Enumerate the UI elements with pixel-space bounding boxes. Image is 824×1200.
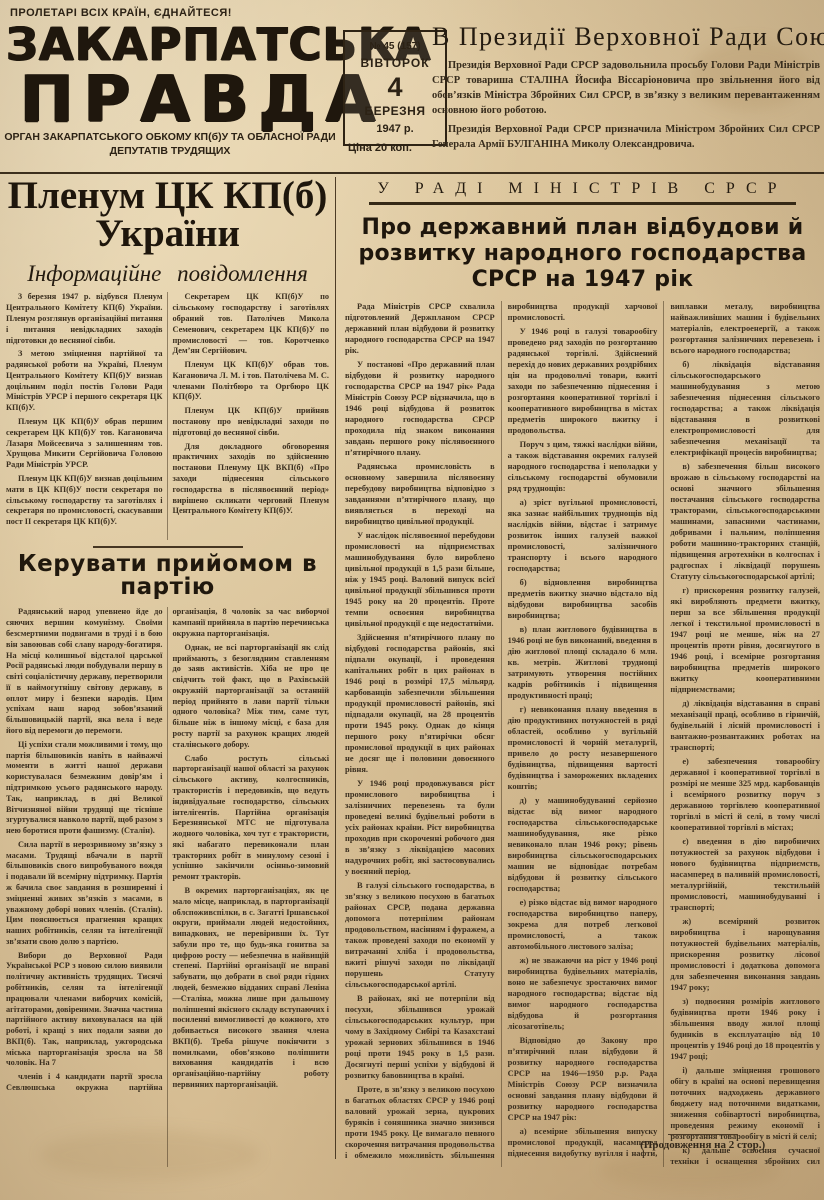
paragraph: В окремих парторганізаціях, як це мало м…	[173, 886, 330, 1091]
paragraph: в) план житлового будівництва в 1946 роц…	[508, 624, 658, 701]
continuation-note: (Продовження на 2 стор.)	[588, 1134, 818, 1153]
paragraph: г) прискорення розвитку галузей, які вир…	[670, 585, 820, 695]
paragraph: Пленум ЦК КП(б)У обрав першим секретарем…	[6, 417, 163, 471]
right-section: У РАДІ МІНІСТРІВ СРСР Про державний план…	[336, 177, 820, 1159]
paragraph: Радянська промисловість в основному заве…	[345, 461, 495, 527]
continuation-label: (Продовження на 2 стор.)	[640, 1139, 765, 1151]
ministers-kicker: У РАДІ МІНІСТРІВ СРСР	[369, 180, 795, 205]
paragraph: Вибори до Верховної Ради Української РСР…	[6, 951, 163, 1070]
paragraph: Здійснення п’ятирічного плану по відбудо…	[345, 632, 495, 775]
issue-month: БЕРЕЗНЯ	[349, 102, 441, 121]
issue-number: № 45 (157)	[349, 39, 441, 54]
paragraph: У наслідок післявоєнної перебудови проми…	[345, 530, 495, 629]
paragraph: е) забезпечення товарообігу державної і …	[670, 756, 820, 833]
plenum-headline: Пленум ЦК КП(б) України	[6, 177, 329, 253]
paragraph: У 1946 році в галузі товарообігу проведе…	[508, 326, 658, 436]
issue-weekday: ВІВТОРОК	[349, 54, 441, 73]
paragraph: ж) не зважаючи на ріст у 1946 році вироб…	[508, 955, 658, 1032]
plenum-headline-line1: Пленум ЦК КП(б)	[8, 174, 328, 217]
paragraph: Рада Міністрів СРСР схвалила підготовлен…	[345, 301, 495, 356]
masthead-subtitle: ОРГАН ЗАКАРПАТСЬКОГО ОБКОМУ КП(б)У ТА ОБ…	[2, 131, 338, 158]
continuation-rule	[668, 1134, 738, 1135]
paragraph: 3 березня 1947 р. відбувся Пленум Центра…	[6, 292, 163, 346]
paragraph: Сила партії в нерозривному зв’язку з мас…	[6, 840, 163, 948]
plenum-headline-line2: України	[95, 212, 240, 255]
ministers-headline: Про державний план відбудови й розвитку …	[345, 215, 820, 293]
ministers-columns: Рада Міністрів СРСР схвалила підготовлен…	[345, 301, 820, 1167]
paragraph: а) зріст вугільної промисловості, яка за…	[508, 497, 658, 574]
paragraph: В районах, які не потерпіли від посухи, …	[345, 993, 495, 1081]
left-section: Пленум ЦК КП(б) України Інформаційне пов…	[6, 177, 336, 1159]
paragraph: Пленум ЦК КП(б)У визнав доцільним мати в…	[6, 474, 163, 528]
paragraph: є) введення в дію виробничих потужностей…	[670, 836, 820, 913]
paragraph: Слабо ростуть сільські парторганізації н…	[173, 754, 330, 883]
presidium-headline: В Президії Верховної Ради Союзу РСР	[432, 24, 820, 50]
issue-year: 1947 р.	[349, 121, 441, 139]
paragraph: б) відновлення виробництва предметів вжи…	[508, 577, 658, 621]
paragraph: Президія Верховної Ради СРСР задовольнил…	[432, 59, 820, 119]
paragraph: З метою зміцнення партійної та радянсько…	[6, 349, 163, 414]
party-columns: Радянський народ упевнено йде до сяючих …	[6, 607, 329, 1167]
paragraph: д) у машинобудуванні серйозно відстає ві…	[508, 795, 658, 894]
paragraph: б) ліквідація відставання сільськогоспод…	[670, 359, 820, 458]
paragraph: Для докладного обговорення практичних за…	[173, 442, 330, 517]
newspaper-page: ПРОЛЕТАРІ ВСІХ КРАЇН, ЄДНАЙТЕСЯ! ЗАКАРПА…	[0, 0, 824, 1200]
issue-day: 4	[349, 73, 441, 101]
paragraph: д) ліквідація відставання в справі механ…	[670, 698, 820, 753]
masthead-title-line1: ЗАКАРПАТСЬКА	[6, 22, 340, 67]
plenum-columns: 3 березня 1947 р. відбувся Пленум Центра…	[6, 292, 329, 540]
plenum-subhead: Інформаційне повідомлення	[6, 262, 329, 285]
presidium-body: Президія Верховної Ради СРСР задовольнил…	[432, 59, 820, 152]
paragraph: Відповідно до Закону про п’ятирічний пла…	[508, 1035, 658, 1123]
paragraph: Поруч з цим, тяжкі наслідки війни, а так…	[508, 439, 658, 494]
paragraph: Ці успіхи стали можливими і тому, що пар…	[6, 740, 163, 837]
party-headline: Керувати прийомом в партію	[6, 553, 329, 599]
section-rule	[93, 546, 243, 548]
presidium-article: В Президії Верховної Ради Союзу РСР През…	[432, 24, 820, 156]
paragraph: Президія Верховної Ради СРСР призначила …	[432, 123, 820, 153]
paragraph: У постанові «Про державний план відбудов…	[345, 359, 495, 458]
paragraph: У 1946 році продовжувався ріст промислов…	[345, 778, 495, 877]
paragraph: ж) всемірний розвиток виробництва і наро…	[670, 916, 820, 993]
masthead-title-line2: ПРАВДА	[20, 70, 340, 131]
body-grid: Пленум ЦК КП(б) України Інформаційне пов…	[6, 177, 820, 1159]
masthead: ЗАКАРПАТСЬКА ПРАВДА	[6, 22, 340, 131]
paragraph: е) різко відстає від вимог народного гос…	[508, 897, 658, 952]
paragraph: Радянський народ упевнено йде до сяючих …	[6, 607, 163, 736]
paragraph: в) забезпечення більш високого врожаю в …	[670, 461, 820, 582]
price-label: Ціна 20 коп.	[348, 143, 412, 154]
paragraph: Секретарем ЦК КП(б)У по сільському госпо…	[173, 292, 330, 357]
paragraph: Однак, не всі парторганізації як слід пр…	[173, 643, 330, 751]
paragraph: з) подвоєння розмірів житлового будівниц…	[670, 996, 820, 1062]
paragraph: і) дальше зміцнення грошового обігу в кр…	[670, 1065, 820, 1142]
paragraph: В галузі сільського господарства, в зв’я…	[345, 880, 495, 990]
paragraph: Пленум ЦК КП(б)У прийняв постанову про н…	[173, 406, 330, 438]
paragraph: г) невиконання плану введення в дію прод…	[508, 704, 658, 792]
paragraph: Пленум ЦК КП(б)У обрав тов. Кагановича Л…	[173, 360, 330, 403]
